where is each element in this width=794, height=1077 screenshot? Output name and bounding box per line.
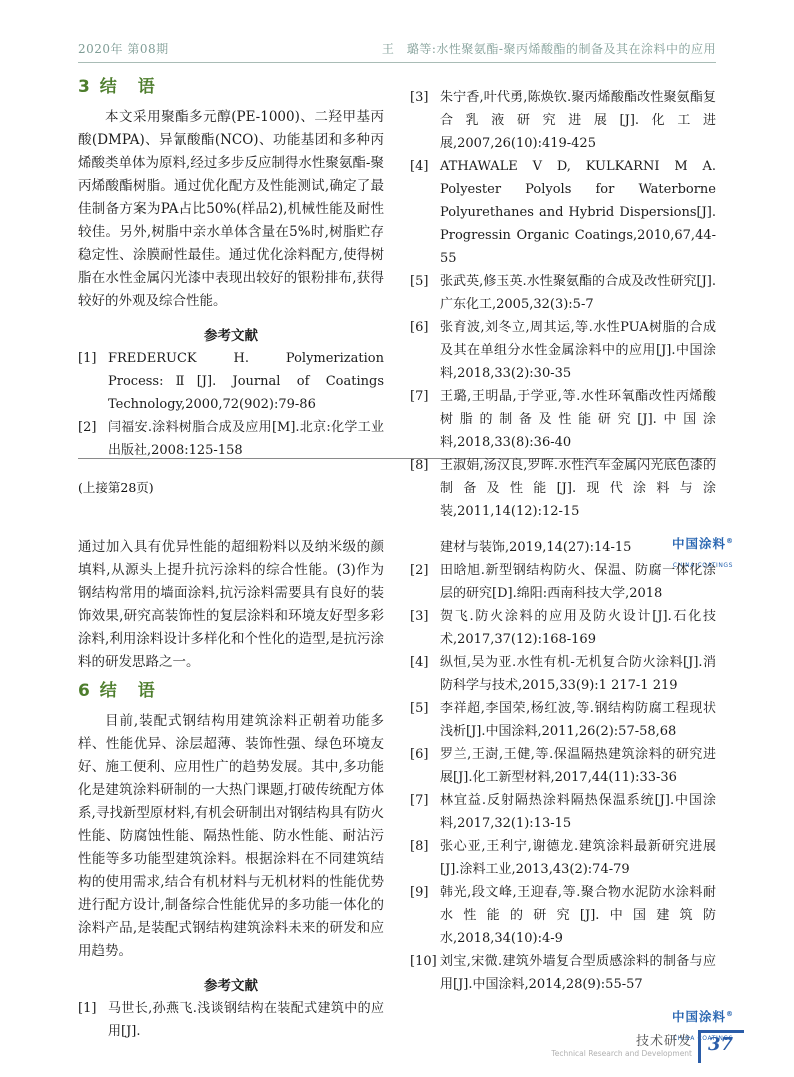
- reference-item: [6]罗兰,王澍,王健,等.保温隔热建筑涂料的研究进展[J].化工新型材料,20…: [410, 743, 716, 789]
- reference-number: [5]: [410, 270, 428, 293]
- reference-item: [6]张育波,刘冬立,周其运,等.水性PUA树脂的合成及其在单组分水性金属涂料中…: [410, 316, 716, 385]
- reference-text: FREDERUCK H. Polymerization Process:Ⅱ[J]…: [108, 351, 384, 412]
- reference-item: [7]林宜益.反射隔热涂料隔热保温系统[J].中国涂料,2017,32(1):1…: [410, 789, 716, 835]
- page-number-box: 37: [698, 1030, 744, 1063]
- footer-section-label-en: Technical Research and Development: [551, 1049, 692, 1059]
- journal-page: 2020年 第08期 王 璐等:水性聚氨酯-聚丙烯酸酯的制备及其在涂料中的应用 …: [0, 0, 794, 1077]
- reference-number: [3]: [410, 86, 428, 109]
- reference-item: [5]张武英,修玉英.水性聚氨酯的合成及改性研究[J].广东化工,2005,32…: [410, 270, 716, 316]
- reference-item: 建材与装饰,2019,14(27):14-15: [410, 536, 716, 559]
- reference-item: [7]王璐,王明晶,于学亚,等.水性环氧酯改性丙烯酸树脂的制备及性能研究[J].…: [410, 385, 716, 454]
- reference-number: [3]: [410, 605, 428, 628]
- reference-text: 张育波,刘冬立,周其运,等.水性PUA树脂的合成及其在单组分水性金属涂料中的应用…: [440, 320, 716, 381]
- reference-text: 罗兰,王澍,王健,等.保温隔热建筑涂料的研究进展[J].化工新型材料,2017,…: [440, 747, 716, 785]
- reference-text: 林宜益.反射隔热涂料隔热保温系统[J].中国涂料,2017,32(1):13-1…: [440, 793, 716, 831]
- reference-item: [1]FREDERUCK H. Polymerization Process:Ⅱ…: [78, 347, 384, 416]
- reference-text: 张武英,修玉英.水性聚氨酯的合成及改性研究[J].广东化工,2005,32(3)…: [440, 274, 716, 312]
- reference-text: 马世长,孙燕飞.浅谈钢结构在装配式建筑中的应用[J].: [108, 1001, 384, 1039]
- reference-number: [4]: [410, 651, 428, 674]
- reference-text: 朱宁香,叶代勇,陈焕钦.聚丙烯酸酯改性聚氨酯复合乳液研究进展[J].化工进展,2…: [440, 90, 716, 151]
- reference-text: 李祥超,李国荣,杨红波,等.钢结构防腐工程现状浅析[J].中国涂料,2011,2…: [440, 701, 716, 739]
- article-bottom-left-column: 通过加入具有优异性能的超细粉料以及纳米级的颜填料,从源头上提升抗污涂料的综合性能…: [78, 536, 384, 1044]
- reference-text: 田晗旭.新型钢结构防火、保温、防腐一体化涂层的研究[D].绵阳:西南科技大学,2…: [440, 563, 716, 601]
- reference-text: 纵恒,吴为亚.水性有机-无机复合防火涂料[J].消防科学与技术,2015,33(…: [440, 655, 716, 693]
- page-number: 37: [708, 1034, 733, 1055]
- article-top-right-column: [3]朱宁香,叶代勇,陈焕钦.聚丙烯酸酯改性聚氨酯复合乳液研究进展[J].化工进…: [410, 70, 716, 458]
- conclusion-paragraph: 目前,装配式钢结构用建筑涂料正朝着功能多样、性能优异、涂层超薄、装饰性强、绿色环…: [78, 710, 384, 963]
- page-content: 3 结 语 本文采用聚酯多元醇(PE-1000)、二羟甲基丙酸(DMPA)、异氰…: [78, 70, 716, 1044]
- article-top-left-column: 3 结 语 本文采用聚酯多元醇(PE-1000)、二羟甲基丙酸(DMPA)、异氰…: [78, 70, 384, 458]
- reference-text: 王璐,王明晶,于学亚,等.水性环氧酯改性丙烯酸树脂的制备及性能研究[J].中国涂…: [440, 389, 716, 450]
- running-title: 王 璐等:水性聚氨酯-聚丙烯酸酯的制备及其在涂料中的应用: [382, 40, 716, 57]
- reference-number: [7]: [410, 789, 428, 812]
- reference-item: [8]王淑娟,汤汉良,罗晖.水性汽车金属闪光底色漆的制备及性能[J].现代涂料与…: [410, 454, 716, 523]
- continued-paragraph: 通过加入具有优异性能的超细粉料以及纳米级的颜填料,从源头上提升抗污涂料的综合性能…: [78, 536, 384, 674]
- logo-cn-text: 中国涂料®: [672, 1009, 734, 1024]
- reference-item: [9]韩光,段文峰,王迎春,等.聚合物水泥防水涂料耐水性能的研究[J].中国建筑…: [410, 881, 716, 950]
- reference-item: [8]张心亚,王利宁,谢德龙.建筑涂料最新研究进展[J].涂料工业,2013,4…: [410, 835, 716, 881]
- reference-item: [2]闫福安.涂料树脂合成及应用[M].北京:化学工业出版社,2008:125-…: [78, 416, 384, 462]
- reference-text: 建材与装饰,2019,14(27):14-15: [440, 540, 631, 555]
- reference-number: [1]: [78, 997, 96, 1020]
- references-title: 参考文献: [78, 324, 384, 344]
- reference-item: [1]马世长,孙燕飞.浅谈钢结构在装配式建筑中的应用[J].: [78, 997, 384, 1043]
- reference-item: [4]ATHAWALE V D, KULKARNI M A. Polyester…: [410, 155, 716, 270]
- reference-number: [9]: [410, 881, 428, 904]
- reference-text: ATHAWALE V D, KULKARNI M A. Polyester Po…: [440, 159, 716, 266]
- reference-item: [3]贺飞.防火涂料的应用及防火设计[J].石化技术,2017,37(12):1…: [410, 605, 716, 651]
- article-bottom: 通过加入具有优异性能的超细粉料以及纳米级的颜填料,从源头上提升抗污涂料的综合性能…: [78, 536, 716, 1044]
- issue-label: 2020年 第08期: [78, 40, 169, 57]
- article-top: 3 结 语 本文采用聚酯多元醇(PE-1000)、二羟甲基丙酸(DMPA)、异氰…: [78, 70, 716, 458]
- reference-item: [5]李祥超,李国荣,杨红波,等.钢结构防腐工程现状浅析[J].中国涂料,201…: [410, 697, 716, 743]
- reference-list: [3]朱宁香,叶代勇,陈焕钦.聚丙烯酸酯改性聚氨酯复合乳液研究进展[J].化工进…: [410, 86, 716, 523]
- reference-number: [6]: [410, 316, 428, 339]
- reference-item: [3]朱宁香,叶代勇,陈焕钦.聚丙烯酸酯改性聚氨酯复合乳液研究进展[J].化工进…: [410, 86, 716, 155]
- footer-section-label-cn: 技术研发: [551, 1034, 692, 1049]
- reference-text: 韩光,段文峰,王迎春,等.聚合物水泥防水涂料耐水性能的研究[J].中国建筑防水,…: [440, 885, 716, 946]
- reference-number: [7]: [410, 385, 428, 408]
- reference-number: [4]: [410, 155, 428, 178]
- conclusion-paragraph: 本文采用聚酯多元醇(PE-1000)、二羟甲基丙酸(DMPA)、异氰酸酯(NCO…: [78, 106, 384, 313]
- registered-mark-icon: ®: [726, 1010, 734, 1018]
- reference-text: 张心亚,王利宁,谢德龙.建筑涂料最新研究进展[J].涂料工业,2013,43(2…: [440, 839, 716, 877]
- reference-number: [1]: [78, 347, 96, 370]
- reference-number: [8]: [410, 835, 428, 858]
- section-heading-6: 6 结 语: [78, 676, 384, 701]
- reference-text: 贺飞.防火涂料的应用及防火设计[J].石化技术,2017,37(12):168-…: [440, 609, 716, 647]
- reference-list: [1]马世长,孙燕飞.浅谈钢结构在装配式建筑中的应用[J].: [78, 997, 384, 1043]
- section-heading-3: 3 结 语: [78, 72, 384, 97]
- reference-list: 建材与装饰,2019,14(27):14-15[2]田晗旭.新型钢结构防火、保温…: [410, 536, 716, 996]
- reference-number: [2]: [410, 559, 428, 582]
- reference-number: [6]: [410, 743, 428, 766]
- reference-text: 闫福安.涂料树脂合成及应用[M].北京:化学工业出版社,2008:125-158: [108, 420, 384, 458]
- reference-number: [5]: [410, 697, 428, 720]
- reference-number: [2]: [78, 416, 96, 439]
- reference-text: 王淑娟,汤汉良,罗晖.水性汽车金属闪光底色漆的制备及性能[J].现代涂料与涂装,…: [440, 458, 716, 519]
- reference-number: [8]: [410, 454, 428, 477]
- registered-mark-icon: ®: [726, 537, 734, 545]
- references-title: 参考文献: [78, 974, 384, 994]
- reference-item: [10]刘宝,宋微.建筑外墙复合型质感涂料的制备与应用[J].中国涂料,2014…: [410, 950, 716, 996]
- page-footer: 技术研发 Technical Research and Development …: [551, 1030, 744, 1063]
- reference-item: [4]纵恒,吴为亚.水性有机-无机复合防火涂料[J].消防科学与技术,2015,…: [410, 651, 716, 697]
- page-header: 2020年 第08期 王 璐等:水性聚氨酯-聚丙烯酸酯的制备及其在涂料中的应用: [78, 40, 716, 63]
- article-bottom-right-column: 建材与装饰,2019,14(27):14-15[2]田晗旭.新型钢结构防火、保温…: [410, 536, 716, 1044]
- reference-text: 刘宝,宋微.建筑外墙复合型质感涂料的制备与应用[J].中国涂料,2014,28(…: [440, 954, 716, 992]
- reference-item: [2]田晗旭.新型钢结构防火、保温、防腐一体化涂层的研究[D].绵阳:西南科技大…: [410, 559, 716, 605]
- reference-number: [10]: [410, 950, 437, 973]
- reference-list: [1]FREDERUCK H. Polymerization Process:Ⅱ…: [78, 347, 384, 462]
